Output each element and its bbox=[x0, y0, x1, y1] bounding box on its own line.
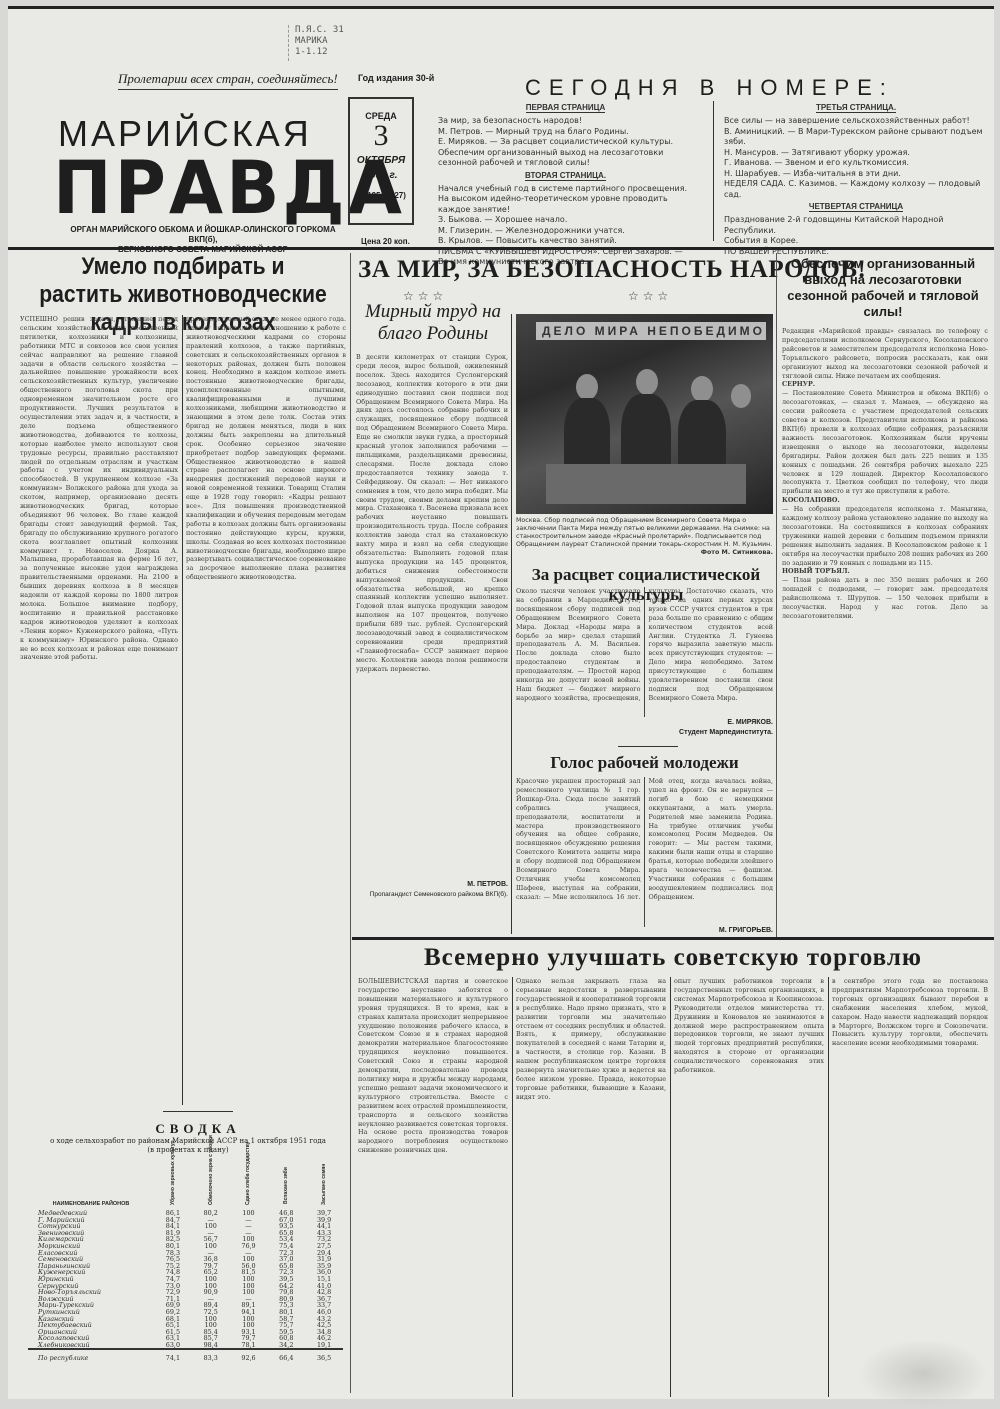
youth-headline: Голос рабочей молодежи bbox=[516, 753, 773, 773]
issue-date-box: СРЕДА 3 ОКТЯБРЯ 1951 г. № 195 (6727) bbox=[348, 97, 414, 225]
divider bbox=[163, 1111, 233, 1112]
publisher-line: ОРГАН МАРИЙСКОГО ОБКОМА И ЙОШКАР-ОЛИНСКО… bbox=[58, 225, 348, 255]
column-divider bbox=[350, 253, 351, 1393]
percent-cell: 83,3 bbox=[192, 1349, 230, 1363]
trade-headline: Всемерно улучшать советскую торговлю bbox=[353, 944, 993, 972]
percent-cell: 74,1 bbox=[154, 1349, 192, 1363]
toc-item[interactable]: В. Крылов. — Повысить качество занятий. bbox=[438, 236, 693, 247]
toc-item[interactable]: З. Быкова. — Хорошее начало. bbox=[438, 215, 693, 226]
year-of-publication: Год издания 30-й bbox=[358, 73, 434, 83]
divider bbox=[618, 746, 678, 747]
contents-page4-heading: ЧЕТВЕРТАЯ СТРАНИЦА bbox=[809, 202, 903, 212]
price: Цена 20 коп. bbox=[361, 237, 410, 246]
column-divider bbox=[776, 253, 777, 938]
toc-item[interactable]: Н. Мансуров. — Затягивают уборку урожая. bbox=[724, 148, 988, 159]
column-divider bbox=[511, 314, 512, 934]
contents-pages-3-4: ТРЕТЬЯ СТРАНИЦА. Все силы — на завершени… bbox=[713, 101, 988, 241]
year: 1951 г. bbox=[350, 170, 412, 181]
percent-cell: 92,6 bbox=[230, 1349, 268, 1363]
issue-number: № 195 (6727) bbox=[350, 191, 412, 200]
toc-item[interactable]: М. Петров. — Мирный труд на благо Родины… bbox=[438, 127, 693, 138]
photo-banner: ДЕЛО МИРА НЕПОБЕДИМО bbox=[536, 322, 766, 340]
left-article-col2: производственный стаж не менее одного го… bbox=[186, 315, 346, 1105]
toc-item[interactable]: Е. Миряков. — За расцвет социалистическо… bbox=[438, 137, 693, 148]
svodka-table: НАИМЕНОВАНИЕ РАЙОНОВ Убрано зерновых кул… bbox=[28, 1167, 343, 1363]
right-article-body: Редакция «Марийской правды» связалась по… bbox=[782, 327, 988, 937]
column-header: Убрано зерновых культур bbox=[154, 1167, 192, 1210]
table-row: Руткинский69,272,594,180,146,0 bbox=[28, 1309, 343, 1316]
toc-item[interactable]: М. Глизерин. — Железнодорожники учатся. bbox=[438, 226, 693, 237]
toc-item[interactable]: Все силы — на завершение сельскохозяйств… bbox=[724, 116, 988, 127]
peaceful-labor-text: В десяти километрах от станции Сурок, ср… bbox=[356, 353, 508, 878]
column-header: Сдано хлеба государству bbox=[230, 1167, 268, 1210]
main-headline: ЗА МИР, ЗА БЕЗОПАСНОСТЬ НАРОДОВ! bbox=[358, 256, 778, 284]
newspaper-page: П.Я.С. 31 МАРИКА 1-1.12 Пролетарии всех … bbox=[8, 6, 994, 1399]
toc-item[interactable]: НЕДЕЛЯ САДА. С. Казимов. — Каждому колхо… bbox=[724, 179, 988, 200]
culture-text: Около тысячи человек участвовало на собр… bbox=[516, 587, 773, 717]
masthead-divider bbox=[8, 247, 994, 250]
contents-page1-heading: ПЕРВАЯ СТРАНИЦА bbox=[526, 103, 606, 113]
photo-caption: Москва. Сбор подписей под Обращением Все… bbox=[516, 517, 773, 557]
toc-item[interactable]: Г. Иванова. — Звеном и его культкомиссия… bbox=[724, 158, 988, 169]
percent-cell: 36,5 bbox=[305, 1349, 343, 1363]
table-row: Ново-Торъяльский72,990,910079,842,8 bbox=[28, 1289, 343, 1296]
contents-title: СЕГОДНЯ В НОМЕРЕ: bbox=[525, 75, 894, 101]
stars-ornament: ☆☆☆ bbox=[628, 289, 672, 303]
author-signature: Е. МИРЯКОВ. bbox=[516, 719, 773, 726]
toc-item[interactable]: Празднование 2-й годовщины Китайской Нар… bbox=[724, 215, 988, 236]
table-row: Куженерский74,865,281,572,336,0 bbox=[28, 1269, 343, 1276]
toc-item[interactable]: В. Аминицкий. — В Мари-Турекском районе … bbox=[724, 127, 988, 148]
right-article-headline: Обеспечим организованный выход на лесоза… bbox=[778, 256, 988, 320]
column-header: Обмолочено зерна с уборки bbox=[192, 1167, 230, 1210]
library-stamp: П.Я.С. 31 МАРИКА 1-1.12 bbox=[288, 25, 448, 61]
column-divider bbox=[512, 977, 513, 1397]
percent-cell: 66,4 bbox=[267, 1349, 305, 1363]
author-role: Пропагандист Семеновского райкома ВКП(б)… bbox=[356, 891, 508, 898]
column-divider bbox=[182, 315, 183, 1105]
percent-cell: 34,2 bbox=[267, 1342, 305, 1350]
motto: Пролетарии всех стран, соединяйтесь! bbox=[118, 71, 338, 90]
day-number: 3 bbox=[350, 121, 412, 151]
youth-text: Красочно украшен просторный зал ремеслен… bbox=[516, 777, 773, 927]
column-divider bbox=[670, 977, 671, 1397]
toc-item[interactable]: События в Корее. bbox=[724, 236, 988, 247]
percent-cell: 98,4 bbox=[192, 1342, 230, 1350]
author-signature: М. ПЕТРОВ. bbox=[356, 881, 508, 888]
toc-item[interactable]: Начался учебный год в системе партийного… bbox=[438, 184, 693, 216]
table-total-row: По республике74,183,392,666,436,5 bbox=[28, 1349, 343, 1363]
table-row: Хлебниковский63,098,478,134,219,1 bbox=[28, 1342, 343, 1350]
contents-page3-heading: ТРЕТЬЯ СТРАНИЦА. bbox=[816, 103, 896, 113]
district-name: По республике bbox=[28, 1349, 154, 1363]
svodka-title: СВОДКА bbox=[68, 1121, 328, 1137]
trade-col1: БОЛЬШЕВИСТСКАЯ партия и советское госуда… bbox=[358, 977, 508, 1397]
toc-item[interactable]: Н. Шарабуев. — Изба-читальня в эти дни. bbox=[724, 169, 988, 180]
news-photo: ДЕЛО МИРА НЕПОБЕДИМО bbox=[516, 314, 773, 514]
section-divider bbox=[352, 937, 994, 940]
toc-item[interactable]: Обеспечим организованный выход на лесоза… bbox=[438, 148, 693, 169]
contents-page2-heading: ВТОРАЯ СТРАНИЦА. bbox=[525, 171, 606, 181]
column-header: НАИМЕНОВАНИЕ РАЙОНОВ bbox=[28, 1167, 154, 1210]
percent-cell: 78,1 bbox=[230, 1342, 268, 1350]
trade-col4: в сентябре этого года не поставлена пред… bbox=[832, 977, 988, 1397]
svodka-subtitle: о ходе сельхозработ по районам Марийской… bbox=[28, 1137, 348, 1155]
left-article-col1: УСПЕШНО решив задачи, стоявшие перед сел… bbox=[20, 315, 178, 1105]
trade-col3: опыт лучших работников торговли в госуда… bbox=[674, 977, 824, 1397]
contents-pages-1-2: ПЕРВАЯ СТРАНИЦА За мир, за безопасность … bbox=[438, 101, 693, 268]
toc-item[interactable]: За мир, за безопасность народов! bbox=[438, 116, 693, 127]
author-role: Студент Марпединститута. bbox=[516, 729, 773, 736]
percent-cell: 19,1 bbox=[305, 1342, 343, 1350]
column-divider bbox=[828, 977, 829, 1397]
sub-headline-peaceful-labor: Мирный труд на благо Родины bbox=[358, 301, 508, 345]
month: ОКТЯБРЯ bbox=[350, 155, 412, 166]
percent-cell: 63,0 bbox=[154, 1342, 192, 1350]
author-signature: М. ГРИГОРЬЕВ. bbox=[516, 927, 773, 934]
trade-col2: Однако нельзя закрывать глаза на серьезн… bbox=[516, 977, 666, 1397]
column-header: Засыпано семян bbox=[305, 1167, 343, 1210]
district-name: Хлебниковский bbox=[28, 1342, 154, 1350]
column-header: Вспахано зяби bbox=[267, 1167, 305, 1210]
paper-stain bbox=[858, 1339, 988, 1405]
